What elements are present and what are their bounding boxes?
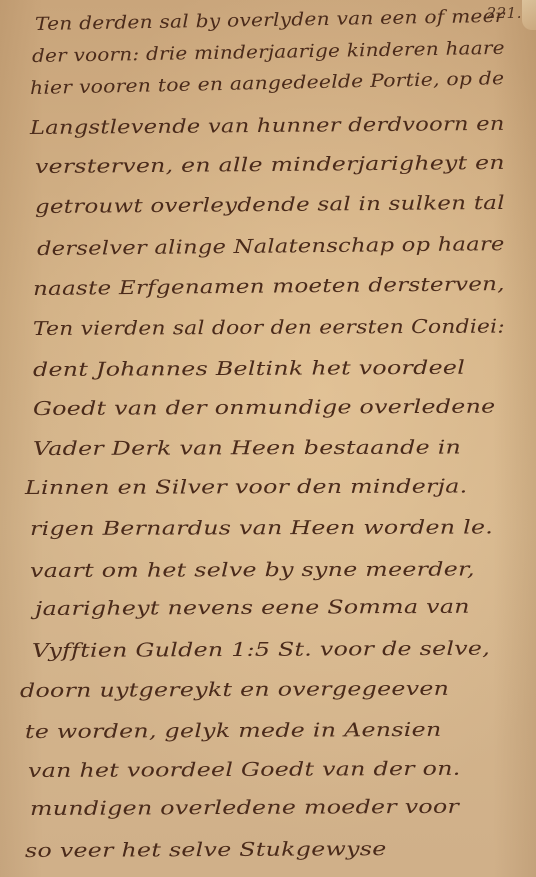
manuscript-line: vaart om het selve by syne meerder,: [30, 558, 475, 582]
manuscript-line: Linnen en Silver voor den minderja.: [25, 475, 468, 499]
manuscript-line: Vyfftien Gulden 1:5 St. voor de selve,: [32, 638, 490, 662]
manuscript-page: 221. Ten derden sal by overlyden van een…: [0, 0, 536, 877]
manuscript-line: rigen Bernardus van Heen worden le.: [30, 516, 493, 540]
manuscript-line: Vader Derk van Heen bestaande in: [33, 437, 461, 460]
manuscript-line: van het voordeel Goedt van der on.: [28, 758, 461, 782]
manuscript-line: derselver alinge Nalatenschap op haare: [37, 233, 505, 260]
manuscript-line: hier vooren toe en aangedeelde Portie, o…: [30, 68, 505, 99]
manuscript-line: Goedt van der onmundige overledene: [33, 396, 496, 420]
manuscript-line: mundigen overledene moeder voor: [30, 796, 459, 820]
manuscript-line: versterven, en alle minderjarigheyt en: [35, 152, 505, 178]
manuscript-line: jaarigheyt nevens eene Somma van: [35, 596, 470, 620]
page-corner-fold: [522, 0, 536, 30]
manuscript-line: Ten vierden sal door den eersten Condiei…: [33, 316, 505, 340]
manuscript-line: te worden, gelyk mede in Aensien: [25, 719, 442, 743]
manuscript-line: getrouwt overleydende sal in sulken tal: [35, 192, 505, 218]
manuscript-line: Ten derden sal by overlyden van een of m…: [35, 6, 505, 35]
manuscript-line: so veer het selve Stukgewyse: [25, 838, 387, 862]
manuscript-line: dent Johannes Beltink het voordeel: [33, 357, 465, 381]
manuscript-line: Langstlevende van hunner derdvoorn en: [30, 113, 505, 139]
manuscript-line: naaste Erfgenamen moeten dersterven,: [33, 273, 505, 300]
manuscript-line: der voorn: drie minderjaarige kinderen h…: [32, 38, 505, 67]
manuscript-line: doorn uytgereykt en overgegeeven: [20, 678, 449, 702]
